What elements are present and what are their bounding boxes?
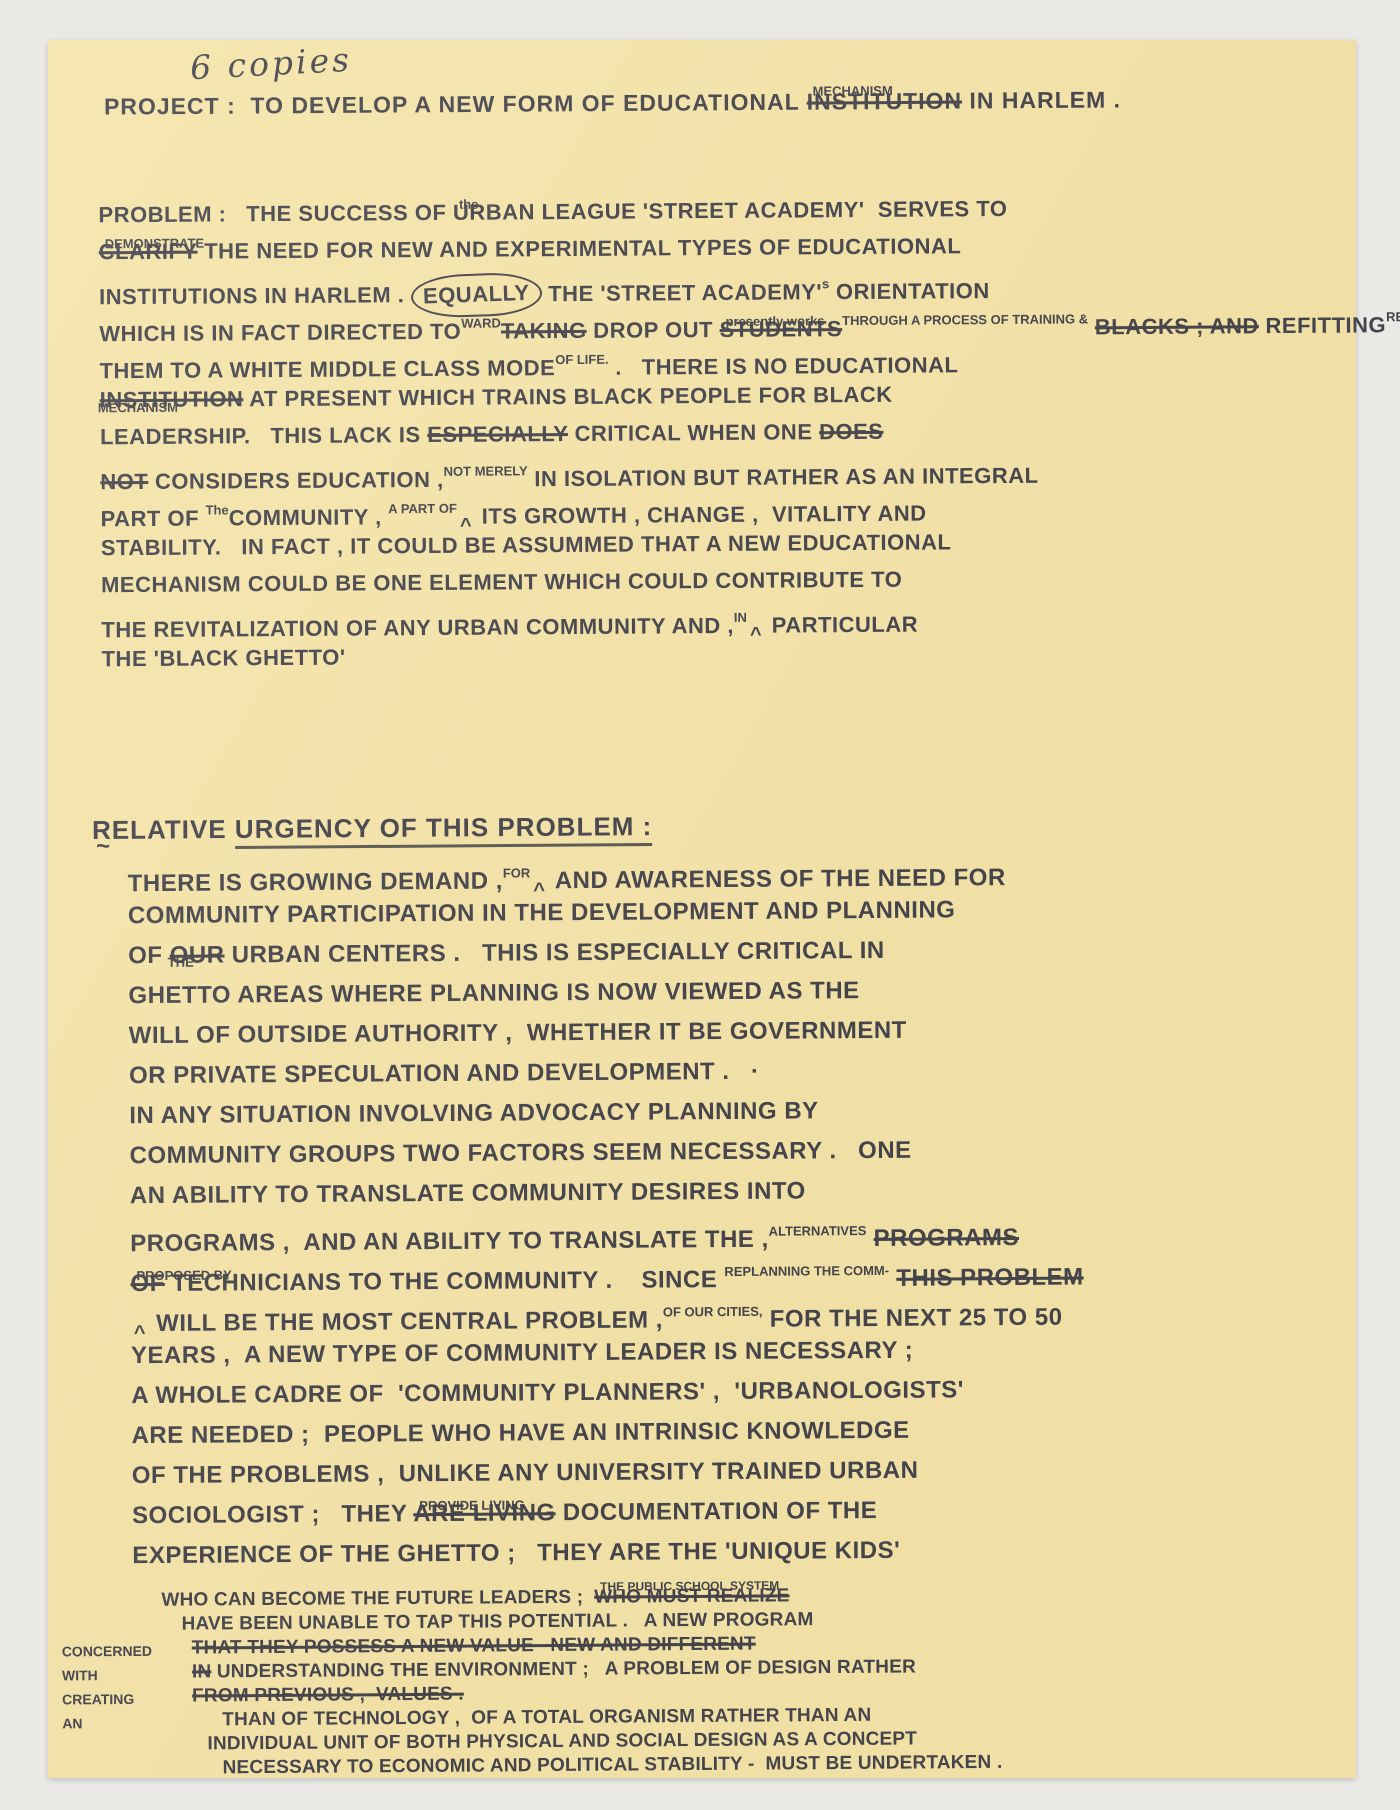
text-run: PARTICULAR — [765, 612, 918, 638]
margin-note: WITH — [62, 1663, 98, 1687]
problem-paragraph: PROBLEM : THE SUCCESS OF URBAN LEAGUE th… — [98, 188, 1331, 678]
text-run: LEADERSHIP. THIS LACK IS — [100, 422, 427, 449]
text-run: CRITICAL WHEN ONE — [568, 419, 819, 446]
inserted-text-above: PROVIDE LIVING — [419, 1485, 525, 1526]
text-run: STABILITY. IN FACT , IT COULD BE ASSUMME… — [101, 529, 952, 560]
inserted-text-above: THE PUBLIC SCHOOL SYSTEM — [600, 1573, 779, 1598]
inserted-text: RE-EDUCA-TION , — [1386, 309, 1400, 325]
handwritten-line: PROJECT : TO DEVELOP A NEW FORM OF EDUCA… — [104, 82, 1121, 123]
text-run: GHETTO AREAS WHERE PLANNING IS NOW VIEWE… — [128, 977, 859, 1009]
text-run: EXPERIENCE OF THE GHETTO ; THEY ARE THE … — [132, 1537, 900, 1569]
text-run: PART OF — [101, 506, 206, 532]
strikethrough-text: INSTITUTIONMECHANISM — [100, 386, 244, 412]
strikethrough-text: OFPROPOSED BY — [130, 1270, 165, 1297]
strikethrough-text: DOES — [819, 419, 884, 444]
handwritten-line: EXPERIENCE OF THE GHETTO ; THEY ARE THE … — [132, 1528, 1332, 1576]
text-run: WILL OF OUTSIDE AUTHORITY , WHETHER IT B… — [129, 1017, 907, 1049]
strikethrough-text: WHO MUST REALIZETHE PUBLIC SCHOOL SYSTEM — [594, 1585, 789, 1607]
strikethrough-text: NOT — [100, 469, 148, 494]
text-run: URBAN LEAGUE the — [453, 198, 643, 224]
strikethrough-text: ESPECIALLY — [427, 421, 568, 447]
text-run: AN ABILITY TO TRANSLATE COMMUNITY DESIRE… — [130, 1177, 806, 1209]
handwritten-line: THE 'BLACK GHETTO' — [101, 632, 1331, 678]
text-run: DOCUMENTATION OF THE — [556, 1497, 878, 1526]
text-run: OF — [128, 942, 170, 969]
text-run: SOCIOLOGIST ; THEY — [132, 1500, 413, 1529]
manuscript-page: 6 copies PROJECT : TO DEVELOP A NEW FORM… — [48, 40, 1356, 1778]
copies-note: 6 copies — [189, 40, 353, 87]
project-title-line: PROJECT : TO DEVELOP A NEW FORM OF EDUCA… — [104, 82, 1121, 123]
text-run: IN ANY SITUATION INVOLVING ADVOCACY PLAN… — [129, 1097, 818, 1129]
inserted-text: NOT MERELY — [444, 463, 528, 479]
strikethrough-text: STUDENTSpresently works — [720, 316, 843, 342]
text-run: THE NEED FOR NEW AND EXPERIMENTAL TYPES … — [197, 233, 961, 263]
margin-note: CONCERNED — [62, 1639, 152, 1664]
inserted-text-above: MECHANISM — [812, 74, 892, 109]
inserted-text: The — [206, 502, 229, 517]
strikethrough-text: CLARIFYDEMONSTRATE — [99, 239, 198, 265]
margin-note: CREATING — [62, 1687, 134, 1712]
text-run: THAN OF TECHNOLOGY , OF A TOTAL ORGANISM… — [222, 1705, 871, 1731]
inserted-text: OF OUR CITIES, — [663, 1304, 763, 1320]
text-run — [889, 1265, 896, 1292]
text-run: THE 'BLACK GHETTO' — [101, 645, 345, 672]
strikethrough-text: OURTHE — [170, 942, 225, 969]
text-run: HAVE BEEN UNABLE TO TAP THIS POTENTIAL .… — [182, 1609, 814, 1634]
text-run: FOR THE NEXT 25 TO 50 — [762, 1304, 1062, 1333]
text-run — [1088, 314, 1095, 339]
text-run: WHO CAN BECOME THE FUTURE LEADERS ; — [161, 1587, 594, 1611]
inserted-text-below: ~ — [96, 829, 110, 865]
text-run: 'STREET ACADEMY' SERVES TO — [643, 196, 1008, 224]
inserted-text: IN — [734, 610, 747, 625]
text-run: RELATIVE ~ — [92, 814, 235, 845]
text-run: UNDERSTANDING THE ENVIRONMENT ; A PROBLE… — [211, 1656, 916, 1682]
text-run: OF THE PROBLEMS , UNLIKE ANY UNIVERSITY … — [132, 1457, 919, 1489]
urgency-paragraph: THERE IS GROWING DEMAND ,FOR^ AND AWAREN… — [128, 848, 1333, 1576]
text-run: PROJECT : TO DEVELOP A NEW FORM OF EDUCA… — [104, 89, 807, 120]
text-run: AT PRESENT WHICH TRAINS BLACK PEOPLE FOR… — [243, 382, 892, 412]
strikethrough-text: THAT THEY POSSESS A NEW VALUE NEW AND DI… — [192, 1634, 756, 1659]
text-run: IN HARLEM . — [962, 86, 1121, 113]
inserted-text-above: presently works — [725, 302, 824, 340]
text-run: NECESSARY TO ECONOMIC AND POLITICAL STAB… — [223, 1752, 1003, 1778]
inserted-text: THROUGH A PROCESS OF TRAINING & — [842, 311, 1088, 328]
inserted-text-above: the — [459, 186, 479, 223]
handwritten-line: RELATIVE ~URGENCY OF THIS PROBLEM : — [92, 808, 653, 848]
text-run: COMMUNITY PARTICIPATION IN THE DEVELOPME… — [128, 896, 956, 929]
text-run: INDIVIDUAL UNIT OF BOTH PHYSICAL AND SOC… — [207, 1728, 917, 1754]
strikethrough-text: INSTITUTIONMECHANISM — [807, 88, 963, 115]
inserted-text: REPLANNING THE COMM- — [724, 1263, 889, 1279]
inserted-text: OF LIFE. — [555, 352, 609, 367]
strikethrough-text: PROGRAMS — [874, 1224, 1020, 1252]
text-run: THERE IS GROWING DEMAND , — [128, 868, 503, 898]
strikethrough-text: FROM PREVIOUS , VALUES . — [192, 1684, 464, 1707]
text-run: REFITTING — [1259, 312, 1386, 338]
text-run: COMMUNITY GROUPS TWO FACTORS SEEM NECESS… — [129, 1137, 911, 1169]
text-run: MECHANISM COULD BE ONE ELEMENT WHICH COU… — [101, 567, 902, 598]
inserted-text: FOR — [503, 865, 531, 880]
text-run: PROBLEM : THE SUCCESS OF — [98, 200, 453, 227]
inserted-text-above: DEMONSTRATE — [105, 225, 205, 263]
text-run: YEARS , A NEW TYPE OF COMMUNITY LEADER I… — [131, 1337, 913, 1369]
inserted-text: WARD — [461, 315, 501, 330]
strikethrough-text: TAKING — [501, 318, 587, 344]
text-run: DROP OUT — [587, 317, 720, 343]
text-run: ARE NEEDED ; PEOPLE WHO HAVE AN INTRINSI… — [131, 1417, 909, 1449]
text-run: A WHOLE CADRE OF 'COMMUNITY PLANNERS' , … — [131, 1376, 964, 1409]
margin-note: AN — [62, 1711, 82, 1735]
text-run: URBAN CENTERS . THIS IS ESPECIALLY CRITI… — [224, 937, 884, 969]
closing-block: WHO CAN BECOME THE FUTURE LEADERS ; WHO … — [61, 1581, 1332, 1782]
strikethrough-text: IN — [192, 1661, 212, 1682]
inserted-text: ALTERNATIVES — [769, 1223, 867, 1239]
section-heading-relative-urgency: RELATIVE ~URGENCY OF THIS PROBLEM : — [92, 808, 653, 848]
strikethrough-text: ARE LIVINGPROVIDE LIVING — [413, 1499, 556, 1527]
inserted-text: A PART OF — [388, 501, 457, 516]
strikethrough-text: THIS PROBLEM — [896, 1264, 1084, 1292]
underlined-text: URGENCY OF THIS PROBLEM : — [235, 811, 653, 849]
text-run: OR PRIVATE SPECULATION AND DEVELOPMENT .… — [129, 1058, 760, 1089]
